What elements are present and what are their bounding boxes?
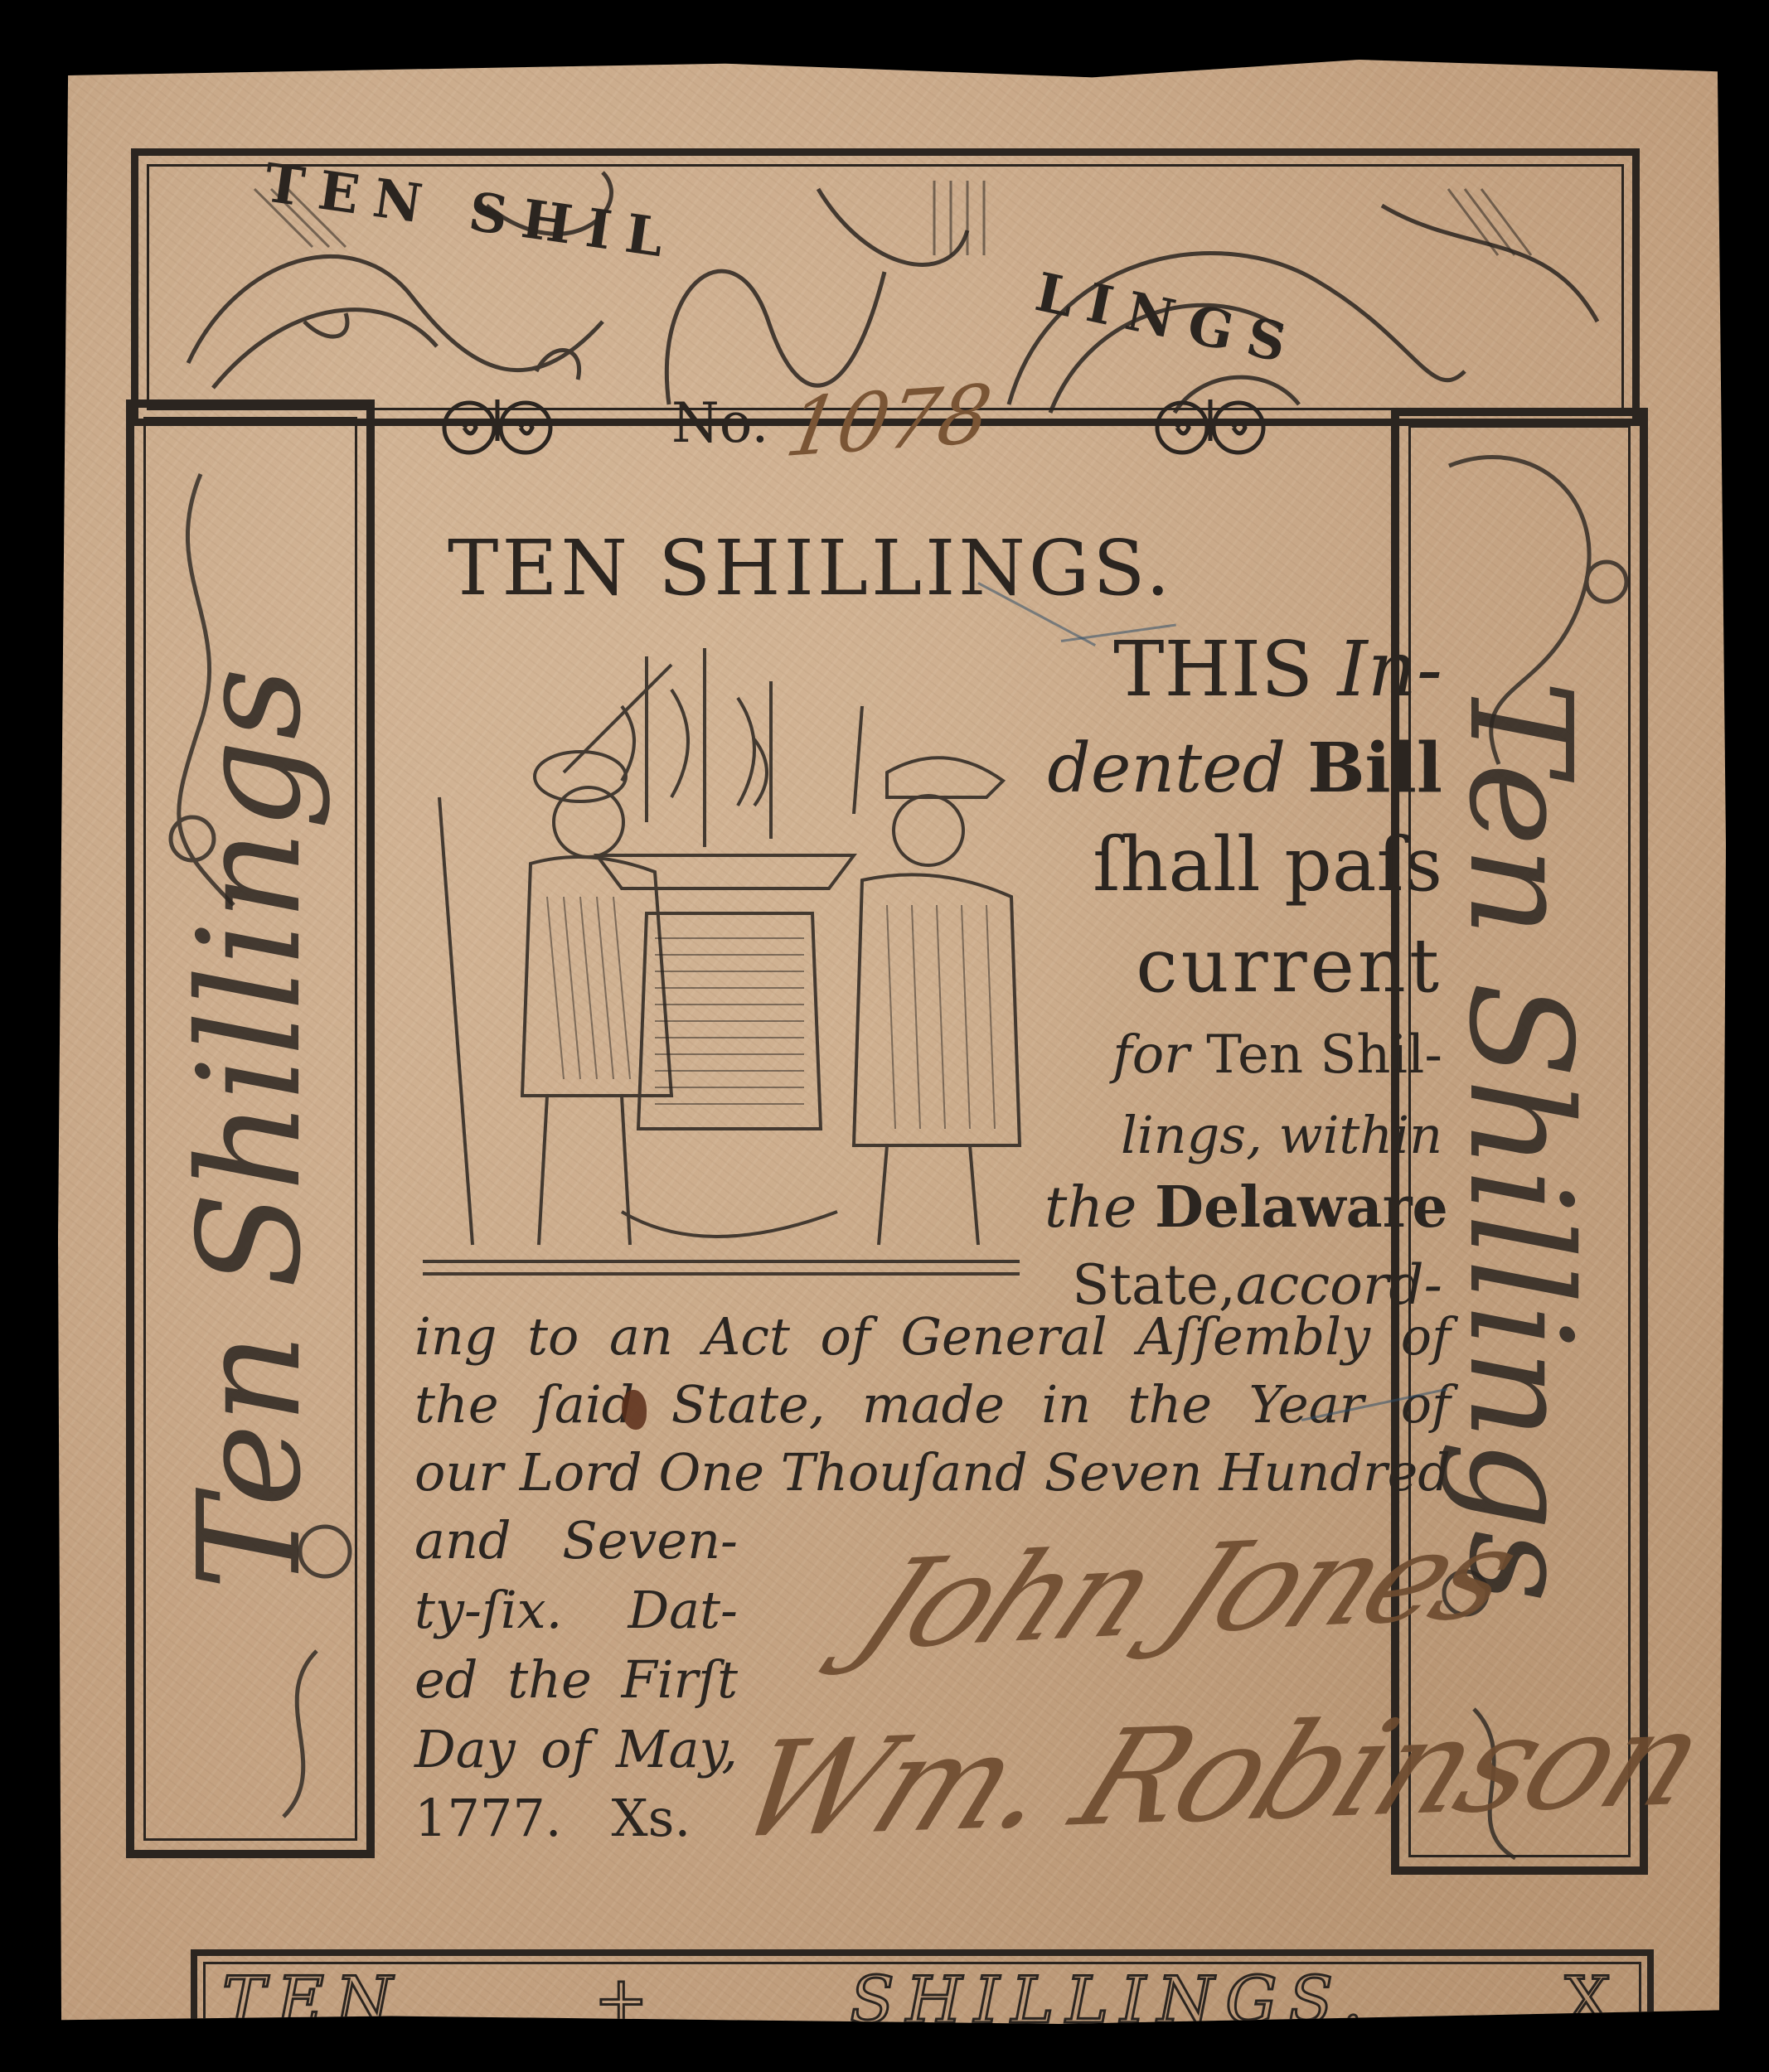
text-line: for Ten Shil-	[1044, 1029, 1442, 1082]
text-line: the Delaware	[1044, 1179, 1442, 1237]
bottom-banner-text: TEN + SHILLINGS. X	[222, 1968, 1622, 2034]
date-text: and Seven- ty-ſix. Dat- ed the Firſt Day…	[414, 1506, 738, 1784]
serial-label: No.	[671, 391, 768, 455]
text-line: ed the Firſt	[414, 1645, 738, 1715]
act-body-text: ing to an Act of General Aſſembly of the…	[414, 1303, 1451, 1507]
denomination-short: Xs.	[612, 1788, 691, 1848]
text-line: Day of May,	[414, 1715, 738, 1784]
denomination-headline: TEN SHILLINGS.	[448, 524, 1401, 612]
serial-number: 1078	[779, 367, 998, 476]
bottom-banner: TEN + SHILLINGS. X	[191, 1949, 1654, 2041]
text-line: dented Bill	[1044, 734, 1442, 803]
text-line: ty-ſix. Dat-	[414, 1576, 738, 1645]
ornament-icon	[1152, 391, 1268, 457]
text-line: THIS In-	[1044, 632, 1442, 708]
side-text-ten-shillings-left: Ten Shillings	[168, 667, 332, 1590]
left-side-panel: Ten Shillings	[126, 399, 375, 1858]
ornament-icon	[439, 391, 555, 457]
text-line: lings, within	[1044, 1110, 1442, 1161]
text-line: and Seven-	[414, 1506, 738, 1576]
issue-year: 1777.Xs.	[414, 1788, 691, 1848]
text-line: the ſaid State, made in the Year of	[414, 1371, 1451, 1439]
text-line: our Lord One Thouſand Seven Hundred	[414, 1439, 1451, 1507]
text-line: ſhall paſs	[1044, 828, 1442, 903]
bill-text-column: THIS In- dented Bill ſhall paſs current …	[1044, 632, 1442, 1313]
ink-stain	[622, 1390, 647, 1430]
text-line: current	[1044, 929, 1442, 1004]
year: 1777.	[414, 1788, 562, 1848]
ship-and-two-figures-engraving-icon	[423, 632, 1036, 1278]
side-text-ten-shillings-right: Ten Shillings	[1437, 680, 1602, 1602]
text-line: ing to an Act of General Aſſembly of	[414, 1303, 1451, 1371]
banknote: TEN SHIL LINGS Ten Shillings Ten Shillin…	[58, 60, 1726, 2024]
